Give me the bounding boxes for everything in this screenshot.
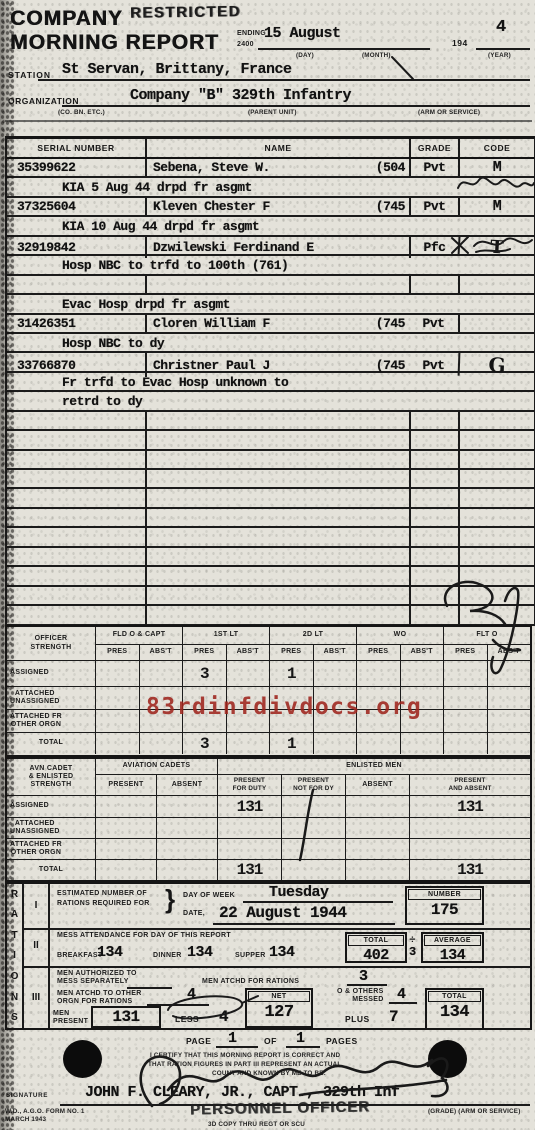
soldier-name: Kleven Chester F [153, 199, 270, 214]
section-divider [24, 966, 532, 968]
assigned-1lt-pres: 3 [182, 660, 226, 686]
restricted-stamp: RESTRICTED [130, 3, 241, 22]
total-present-for-duty: 131 [217, 859, 281, 880]
roster-table: SERIAL NUMBER NAME GRADE CODE 35399622 S… [5, 136, 535, 626]
net-value: 127 [247, 1003, 311, 1022]
serial-number: 31426351 [7, 315, 145, 332]
date-underline2 [213, 923, 395, 925]
morning-report-document: COMPANY MORNING REPORT RESTRICTED ENDING… [0, 0, 535, 1130]
col-group-aviation-cadets: AVIATION CADETS [95, 759, 217, 774]
mess-total-value: 402 [347, 947, 405, 964]
atchd-other-label: MEN ATCHD TO OTHER ORGN FOR RATIONS [57, 990, 142, 1006]
day-of-week-value: Tuesday [269, 884, 329, 901]
serial-number-header: SERIAL NUMBER [7, 139, 145, 157]
grade-header: GRADE [409, 139, 458, 157]
row-label-attached-fr-other: ATTACHED FR OTHER ORGN [7, 709, 95, 732]
organization-underline [62, 105, 530, 107]
net-box: NET 127 [245, 988, 313, 1028]
assigned-present-for-duty: 131 [217, 795, 281, 817]
abst-header: ABS'T [139, 644, 183, 660]
em-present-for-duty-header: PRESENT FOR DUTY [217, 774, 281, 795]
remark-text: KIA 5 Aug 44 drpd fr asgmt [62, 180, 252, 195]
total-2lt-pres: 1 [269, 732, 313, 754]
col-group-flt-o: FLT O [443, 627, 530, 644]
em-present-not-for-duty-header: PRESENT NOT FOR DY [281, 774, 345, 795]
roster-row-empty [7, 489, 534, 508]
rations-date-value: 22 August 1944 [219, 904, 346, 922]
pres-header: PRES [443, 644, 487, 660]
col-group-1st-lt: 1ST LT [182, 627, 269, 644]
value-underline [347, 984, 387, 986]
day-label: (DAY) [296, 52, 314, 60]
month-label: (MONTH) [362, 52, 391, 60]
col-group-wo: WO [356, 627, 443, 644]
page-value: 1 [228, 1030, 237, 1047]
row-label-attached-unassigned: ATTACHED UNASSIGNED [7, 817, 95, 838]
men-present-label: MEN PRESENT [53, 1010, 88, 1026]
supper-value: 134 [269, 944, 295, 961]
serial-number: 37325604 [7, 198, 145, 215]
col-group-fldo-capt: FLD O & CAPT [95, 627, 182, 644]
code-handwritten: T [458, 235, 535, 260]
roster-remark-row: Hosp NBC to dy [7, 334, 534, 353]
roster-remark-row: KIA 10 Aug 44 drpd fr asgmt [7, 217, 534, 236]
estimated-rations-label2: RATIONS REQUIRED FOR [57, 900, 150, 908]
page-label: PAGE [186, 1036, 211, 1046]
section-ii-numeral: II [24, 940, 48, 951]
of-label: OF [264, 1036, 277, 1046]
soldier-name: Dzwilewski Ferdinand E [153, 240, 314, 255]
ending-label: ENDING [237, 30, 266, 38]
net-label: NET [248, 991, 310, 1002]
grade: Pvt [409, 159, 458, 176]
certification-line3: COUNT AND KNOWN BY ME TO BE: [212, 1070, 326, 1078]
supper-label: SUPPER [235, 952, 266, 960]
remark-text: Hosp NBC to trfd to 100th (761) [62, 258, 288, 273]
roster-row: 31426351 Cloren William F(745 Pvt [7, 315, 534, 334]
divisor: ÷3 [409, 934, 416, 959]
roster-remark-row: Evac Hosp drpd fr asgmt [7, 295, 534, 314]
station-value: St Servan, Brittany, France [62, 61, 292, 78]
website-watermark: 83rdinfdivdocs.org [146, 694, 422, 720]
year-label: (YEAR) [488, 52, 511, 60]
abst-header: ABS'T [400, 644, 444, 660]
roster-row-empty [7, 548, 534, 567]
men-present-value: 131 [112, 1008, 139, 1026]
assigned-2lt-pres: 1 [269, 660, 313, 686]
plus-label: PLUS [345, 1014, 370, 1024]
average-box: AVERAGE 134 [421, 932, 484, 963]
roster-row-empty [7, 451, 534, 470]
ending-time: 2400 [237, 41, 254, 49]
section-i-numeral: I [24, 900, 48, 911]
abst-header: ABS'T [487, 644, 531, 660]
roster-remark-row: KIA 5 Aug 44 drpd fr asgmt [7, 178, 534, 197]
officer-strength-table: OFFICER STRENGTH FLD O & CAPT 1ST LT 2D … [5, 625, 532, 757]
soldier-name: Christner Paul J [153, 358, 270, 373]
station-slash-mark [392, 57, 413, 79]
rations-section: RA TI ON S I II III ESTIMATED NUMBER OF … [5, 882, 532, 1030]
remark-text: Hosp NBC to dy [62, 336, 164, 351]
punch-hole-right [428, 1040, 467, 1078]
total-1lt-pres: 3 [182, 732, 226, 754]
roster-row-empty [7, 567, 534, 586]
em-absent-header: ABSENT [345, 774, 409, 795]
roster-row-empty [7, 470, 534, 489]
day-of-week-label: DAY OF WEEK [183, 892, 235, 900]
section-iii-numeral: III [24, 992, 48, 1003]
report-date-value: 15 August [264, 25, 341, 42]
unit-ref: (745 [376, 358, 405, 373]
remark-text: KIA 10 Aug 44 drpd fr asgmt [62, 219, 259, 234]
name-header: NAME [145, 139, 409, 157]
pages-label: PAGES [326, 1036, 358, 1046]
mess-attendance-label: MESS ATTENDANCE FOR DAY OF THIS REPORT [57, 932, 231, 940]
roster-remark-row: retrd to dy [7, 392, 534, 411]
year-value: 4 [496, 18, 506, 37]
number-label: NUMBER [408, 889, 481, 900]
pages-underline [286, 1046, 320, 1048]
code-header: CODE [458, 139, 534, 157]
year-underline [476, 48, 530, 50]
unit-ref: (504 [376, 160, 405, 175]
row-label-attached-fr-other: ATTACHED FR OTHER ORGN [7, 838, 95, 859]
breakfast-label: BREAKFAST [57, 952, 102, 960]
roster-row: 37325604 Kleven Chester F(745 Pvt M [7, 198, 534, 217]
page-underline [216, 1046, 258, 1048]
personnel-officer-stamp: PERSONNEL OFFICER [190, 1098, 370, 1118]
row-label-attached-unassigned: ATTACHED UNASSIGNED [7, 686, 95, 709]
rations-total-box: TOTAL 134 [425, 988, 484, 1030]
grade: Pvt [409, 198, 458, 215]
pres-header: PRES [95, 644, 139, 660]
roster-row-empty [7, 509, 534, 528]
code: M [458, 159, 534, 176]
roster-row: 35399622 Sebena, Steve W.(504 Pvt M [7, 159, 534, 178]
pres-header: PRES [269, 644, 313, 660]
atchd-for-rations-value: 3 [359, 968, 368, 985]
roster-remark-row: Hosp NBC to trfd to 100th (761) [7, 256, 534, 275]
assigned-present-and-absent: 131 [409, 795, 530, 817]
plus-value: 7 [389, 1008, 398, 1026]
grade-service-label: (GRADE) (ARM OR SERVICE) [428, 1108, 521, 1116]
station-underline [38, 79, 530, 81]
unit-ref: (745 [376, 199, 405, 214]
year-prefix: 194 [452, 38, 468, 48]
unit-ref: (745 [376, 316, 405, 331]
cadets-present-header: PRESENT [95, 774, 156, 795]
grade: Pfc [409, 237, 458, 258]
average-value: 134 [423, 947, 482, 964]
punch-hole-left [63, 1040, 102, 1078]
row-label-total: TOTAL [7, 732, 95, 754]
header-divider [5, 120, 532, 122]
row-label-assigned: ASSIGNED [7, 660, 95, 686]
roster-row-empty [7, 587, 534, 606]
abst-header: ABS'T [313, 644, 357, 660]
atchd-for-rations-label: MEN ATCHD FOR RATIONS [202, 978, 299, 986]
col-group-enlisted-men: ENLISTED MEN [217, 759, 530, 774]
enlisted-strength-corner-label: AVN CADET & ENLISTED STRENGTH [7, 759, 95, 795]
dinner-value: 134 [187, 944, 213, 961]
brace: } [165, 884, 175, 915]
serial-number: 35399622 [7, 159, 145, 176]
number-box: NUMBER 175 [405, 886, 484, 925]
blank-underline [127, 987, 172, 989]
soldier-name: Sebena, Steve W. [153, 160, 270, 175]
scan-edge-artifact [0, 0, 16, 1130]
certification-line1: I CERTIFY THAT THIS MORNING REPORT IS CO… [150, 1052, 340, 1060]
abst-header: ABS'T [226, 644, 270, 660]
date-label: DATE, [183, 910, 205, 918]
mess-separately-label: MEN AUTHORIZED TO MESS SEPARATELY [57, 970, 137, 986]
remark-text: Fr trfd to Evac Hosp unknown to [62, 375, 288, 390]
roster-row-empty [7, 412, 534, 431]
soldier-name: Cloren William F [153, 316, 270, 331]
section-divider [24, 928, 532, 930]
pres-header: PRES [182, 644, 226, 660]
roster-row-empty [7, 606, 534, 625]
rations-roman-column: I II III [24, 884, 50, 1028]
estimated-rations-label: ESTIMATED NUMBER OF [57, 890, 147, 898]
officer-strength-corner-label: OFFICER STRENGTH [7, 627, 95, 660]
roster-row: 32919842 Dzwilewski Ferdinand E Pfc T [7, 237, 534, 256]
pages-value: 1 [296, 1030, 305, 1047]
mess-total-box: TOTAL 402 [345, 932, 407, 963]
rations-total-label: TOTAL [428, 991, 481, 1002]
others-messed-value: 4 [397, 986, 406, 1003]
breakfast-value: 134 [97, 944, 123, 961]
grade: Pvt [409, 315, 458, 332]
form-number: W.D., A.G.O. FORM NO. 1 [5, 1108, 85, 1116]
remark-text: Evac Hosp drpd fr asgmt [62, 297, 230, 312]
dinner-label: DINNER [153, 952, 182, 960]
value-underline [389, 1002, 417, 1004]
org-sub-left-label: (CO. BN. ETC.) [58, 109, 105, 117]
remark-text: retrd to dy [62, 394, 142, 409]
roster-header-row: SERIAL NUMBER NAME GRADE CODE [7, 139, 534, 159]
certification-line2: THAT RATION FIGURES IN PART III REPRESEN… [148, 1061, 341, 1069]
atchd-other-value: 4 [187, 986, 196, 1003]
serial-number: 32919842 [7, 237, 145, 258]
form-title-line1: COMPANY [10, 7, 123, 30]
men-present-box: 131 [91, 1006, 161, 1028]
date-underline [258, 48, 430, 50]
roster-row-empty [7, 276, 534, 295]
copy-note: 3D COPY THRU REGT OR SCU [208, 1121, 305, 1129]
grade: Pvt [409, 353, 458, 377]
pres-header: PRES [356, 644, 400, 660]
roster-row: 33766870 Christner Paul J(745 Pvt G [7, 353, 534, 372]
others-messed-label: O & OTHERS MESSED [337, 988, 384, 1004]
average-label: AVERAGE [424, 935, 481, 946]
mess-total-label: TOTAL [348, 935, 404, 946]
total-present-and-absent: 131 [409, 859, 530, 880]
em-present-and-absent-header: PRESENT AND ABSENT [409, 774, 530, 795]
roster-row-empty [7, 431, 534, 450]
rations-total-value: 134 [427, 1003, 482, 1022]
roster-row-empty [7, 528, 534, 547]
code: M [458, 198, 534, 215]
org-sub-center-label: (PARENT UNIT) [248, 109, 297, 117]
dow-underline [243, 901, 393, 903]
cadets-absent-header: ABSENT [156, 774, 217, 795]
form-title-line2: MORNING REPORT [10, 31, 219, 54]
org-sub-right-label: (ARM OR SERVICE) [418, 109, 480, 117]
enlisted-strength-table: AVN CADET & ENLISTED STRENGTH AVIATION C… [5, 757, 532, 882]
code-handwritten: G [458, 352, 535, 379]
organization-value: Company "B" 329th Infantry [130, 87, 351, 104]
col-group-2d-lt: 2D LT [269, 627, 356, 644]
number-value: 175 [407, 901, 482, 919]
less-label: LESS [175, 1014, 199, 1024]
row-label-total: TOTAL [7, 859, 95, 880]
row-label-assigned: ASSIGNED [7, 795, 95, 817]
less-value: 4 [219, 1008, 228, 1026]
